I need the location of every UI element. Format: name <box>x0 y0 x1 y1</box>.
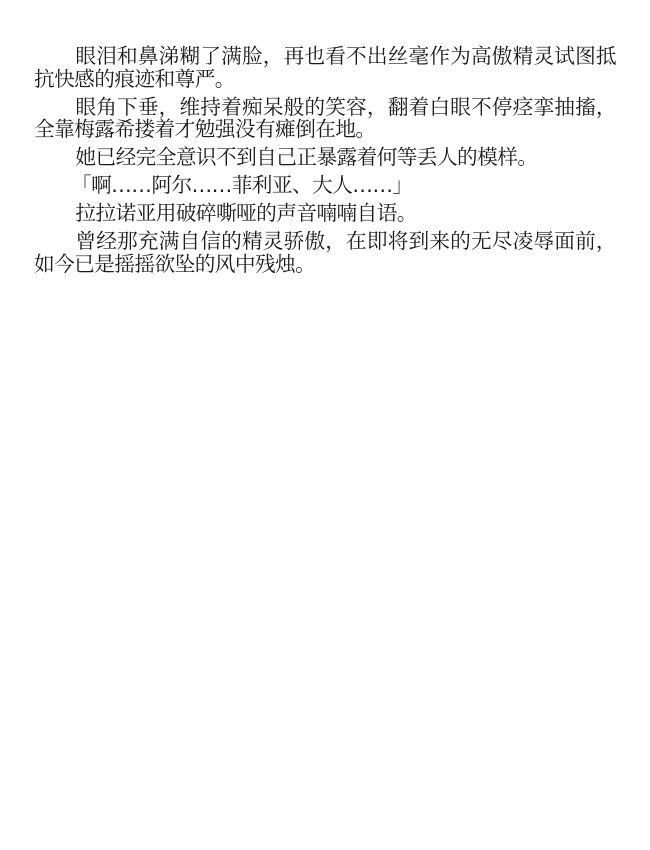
dialogue-paragraph: 「啊……阿尔……菲利亚、大人……」 <box>34 174 616 197</box>
paragraph: 曾经那充满自信的精灵骄傲，在即将到来的无尽凌辱面前，如今已是摇摇欲坠的风中残烛。 <box>34 230 616 275</box>
paragraph: 眼泪和鼻涕糊了满脸，再也看不出丝毫作为高傲精灵试图抵抗快感的痕迹和尊严。 <box>34 45 616 90</box>
document-body: 眼泪和鼻涕糊了满脸，再也看不出丝毫作为高傲精灵试图抵抗快感的痕迹和尊严。 眼角下… <box>34 45 616 281</box>
paragraph: 拉拉诺亚用破碎嘶哑的声音喃喃自语。 <box>34 202 616 225</box>
paragraph: 她已经完全意识不到自己正暴露着何等丢人的模样。 <box>34 146 616 169</box>
paragraph: 眼角下垂，维持着痴呆般的笑容，翻着白眼不停痉挛抽搐，全靠梅露希搂着才勉强没有瘫倒… <box>34 96 616 141</box>
